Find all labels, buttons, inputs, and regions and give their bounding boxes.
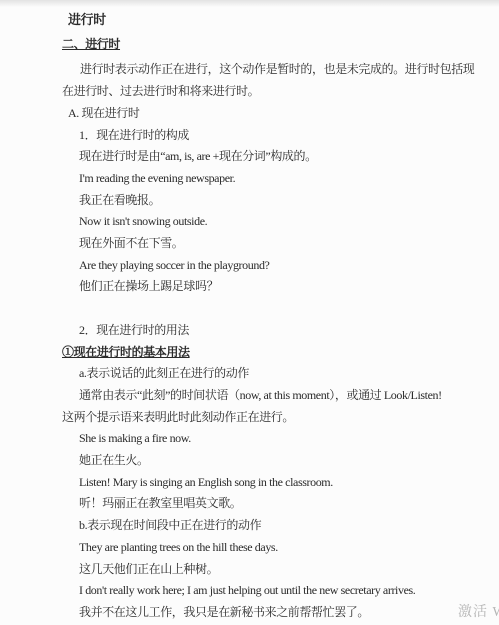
- doc-line: 这两个提示语来表明此时此刻动作正在进行。: [62, 407, 499, 429]
- document-page: 进行时二、进行时进行时表示动作正在进行，这个动作是暂时的，也是未完成的。进行时包…: [0, 0, 499, 625]
- doc-line: b.表示现在时间段中正在进行的动作: [62, 515, 499, 537]
- doc-line: 听！玛丽正在教室里唱英文歌。: [62, 493, 499, 515]
- doc-line: A. 现在进行时: [62, 103, 499, 125]
- doc-line: They are planting trees on the hill thes…: [62, 537, 499, 559]
- doc-line: [62, 298, 499, 320]
- doc-line: 二、进行时: [62, 34, 499, 56]
- doc-line: Now it isn't snowing outside.: [62, 211, 499, 233]
- doc-line: a.表示说话的此刻正在进行的动作: [62, 363, 499, 385]
- doc-line: I'm reading the evening newspaper.: [62, 168, 499, 190]
- doc-line: Listen! Mary is singing an English song …: [62, 472, 499, 494]
- doc-line: 1．现在进行时的构成: [62, 125, 499, 147]
- doc-line: 进行时: [62, 9, 499, 31]
- doc-line: 现在进行时是由“am, is, are +现在分词”构成的。: [62, 146, 499, 168]
- doc-line: She is making a fire now.: [62, 428, 499, 450]
- doc-line: 这几天他们正在山上种树。: [62, 559, 499, 581]
- doc-line: 在进行时、过去进行时和将来进行时。: [62, 81, 499, 103]
- doc-line: 我并不在这儿工作，我只是在新秘书来之前帮帮忙罢了。: [62, 602, 499, 624]
- doc-line: 进行时表示动作正在进行，这个动作是暂时的，也是未完成的。进行时包括现: [62, 59, 499, 81]
- doc-line: 她正在生火。: [62, 450, 499, 472]
- doc-line: 通常由表示“此刻”的时间状语（now, at this moment），或通过 …: [62, 385, 499, 407]
- doc-line: 2．现在进行时的用法: [62, 320, 499, 342]
- doc-line: Are they playing soccer in the playgroun…: [62, 255, 499, 277]
- doc-line: 我正在看晚报。: [62, 190, 499, 212]
- activate-windows-watermark: 激活 W: [458, 601, 499, 621]
- doc-line: ①现在进行时的基本用法: [62, 342, 499, 364]
- doc-line: 他们正在操场上踢足球吗？: [62, 276, 499, 298]
- doc-line: 现在外面不在下雪。: [62, 233, 499, 255]
- doc-line: I don't really work here; I am just help…: [62, 580, 499, 602]
- document-body: 进行时二、进行时进行时表示动作正在进行，这个动作是暂时的，也是未完成的。进行时包…: [62, 9, 499, 624]
